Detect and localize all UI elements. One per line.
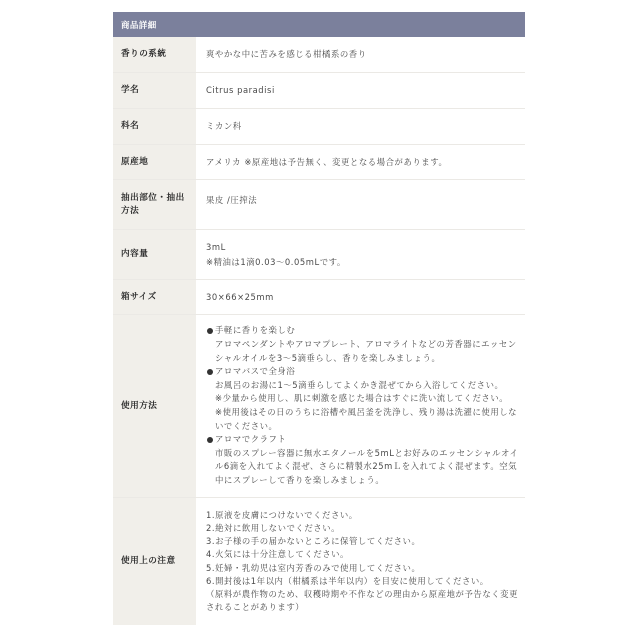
value-line: 中にスプレーして香りを楽しみましょう。 (206, 474, 525, 488)
value-line: アメリカ ※原産地は予告無く、変更となる場合があります。 (206, 155, 525, 170)
product-details-table: 商品詳細 香りの系統 爽やかな中に苦みを感じる柑橘系の香り 学名 Citrus … (113, 12, 525, 625)
row-value: 1.原液を皮膚につけないでください。 2.絶対に飲用しないでください。 3.お子… (196, 498, 525, 625)
value-line: 3.お子様の手の届かないところに保管してください。 (206, 535, 525, 548)
table-row-extraction: 抽出部位・抽出 方法 果皮 /圧搾法 (113, 180, 525, 230)
row-value: 爽やかな中に苦みを感じる柑橘系の香り (196, 37, 525, 72)
value-line: お風呂のお湯に1～5滴垂らしてよくかき混ぜてから入浴してください。 (206, 379, 525, 393)
row-value: アメリカ ※原産地は予告無く、変更となる場合があります。 (196, 145, 525, 179)
value-line: 果皮 /圧搾法 (206, 193, 525, 208)
value-line: シャルオイルを3～5滴垂らし、香りを楽しみましょう。 (206, 352, 525, 366)
row-value: Citrus paradisi (196, 73, 525, 108)
row-label: 使用上の注意 (113, 498, 196, 625)
value-line: Citrus paradisi (206, 83, 525, 98)
table-row-precautions: 使用上の注意 1.原液を皮膚につけないでください。 2.絶対に飲用しないでくださ… (113, 498, 525, 625)
value-line: 2.絶対に飲用しないでください。 (206, 522, 525, 535)
section-title-text: アロマでクラフト (215, 433, 286, 447)
row-label: 使用方法 (113, 315, 196, 497)
label-line: 抽出部位・抽出 (121, 192, 196, 205)
label-line: 方法 (121, 205, 196, 218)
value-line: ※使用後はその日のうちに浴槽や風呂釜を洗浄し、残り湯は洗濯に使用しな (206, 406, 525, 420)
bullet-icon (207, 328, 213, 334)
row-label: 箱サイズ (113, 280, 196, 314)
table-row-origin: 原産地 アメリカ ※原産地は予告無く、変更となる場合があります。 (113, 145, 525, 180)
table-row-scent-type: 香りの系統 爽やかな中に苦みを感じる柑橘系の香り (113, 37, 525, 73)
row-label: 学名 (113, 73, 196, 108)
value-line: 30×66×25mm (206, 290, 525, 305)
row-label: 科名 (113, 109, 196, 144)
usage-section-title: 手軽に香りを楽しむ (206, 324, 525, 338)
usage-section-title: アロマでクラフト (206, 433, 525, 447)
usage-section-title: アロマバスで全身浴 (206, 365, 525, 379)
value-line: アロマペンダントやアロマプレート、アロマライトなどの芳香器にエッセン (206, 338, 525, 352)
value-line: ミカン科 (206, 119, 525, 134)
row-value: 手軽に香りを楽しむ アロマペンダントやアロマプレート、アロマライトなどの芳香器に… (196, 315, 525, 497)
section-title-text: 手軽に香りを楽しむ (215, 324, 295, 338)
table-title: 商品詳細 (121, 19, 157, 31)
table-row-box-size: 箱サイズ 30×66×25mm (113, 280, 525, 315)
value-line: 3mL (206, 240, 525, 255)
value-line: 5.妊婦・乳幼児は室内芳香のみで使用してください。 (206, 562, 525, 575)
row-label: 原産地 (113, 145, 196, 179)
row-label: 香りの系統 (113, 37, 196, 72)
value-line: （原料が農作物のため、収穫時期や不作などの理由から原産地が予告なく変更 (206, 588, 525, 601)
value-line: いでください。 (206, 420, 525, 434)
row-value: 3mL ※精油は1滴0.03～0.05mLです。 (196, 230, 525, 279)
row-label: 内容量 (113, 230, 196, 279)
value-line: ル6滴を入れてよく混ぜ、さらに精製水25mＬを入れてよく混ぜます。空気 (206, 460, 525, 474)
row-value: 果皮 /圧搾法 (196, 180, 525, 229)
value-line: ※精油は1滴0.03～0.05mLです。 (206, 255, 525, 270)
table-row-family-name: 科名 ミカン科 (113, 109, 525, 145)
value-line: されることがあります） (206, 601, 525, 614)
table-header: 商品詳細 (113, 12, 525, 37)
table-row-volume: 内容量 3mL ※精油は1滴0.03～0.05mLです。 (113, 230, 525, 280)
table-row-usage: 使用方法 手軽に香りを楽しむ アロマペンダントやアロマプレート、アロマライトなど… (113, 315, 525, 498)
value-line: 爽やかな中に苦みを感じる柑橘系の香り (206, 47, 525, 62)
value-line: 6.開封後は1年以内（柑橘系は半年以内）を目安に使用してください。 (206, 575, 525, 588)
value-line: 4.火気には十分注意してください。 (206, 548, 525, 561)
table-row-scientific-name: 学名 Citrus paradisi (113, 73, 525, 109)
value-line: 1.原液を皮膚につけないでください。 (206, 509, 525, 522)
bullet-icon (207, 369, 213, 375)
bullet-icon (207, 437, 213, 443)
row-label: 抽出部位・抽出 方法 (113, 180, 196, 229)
value-line: ※少量から使用し、肌に刺激を感じた場合はすぐに洗い流してください。 (206, 392, 525, 406)
value-line: 市販のスプレー容器に無水エタノールを5mLとお好みのエッセンシャルオイ (206, 447, 525, 461)
row-value: 30×66×25mm (196, 280, 525, 314)
section-title-text: アロマバスで全身浴 (215, 365, 295, 379)
row-value: ミカン科 (196, 109, 525, 144)
